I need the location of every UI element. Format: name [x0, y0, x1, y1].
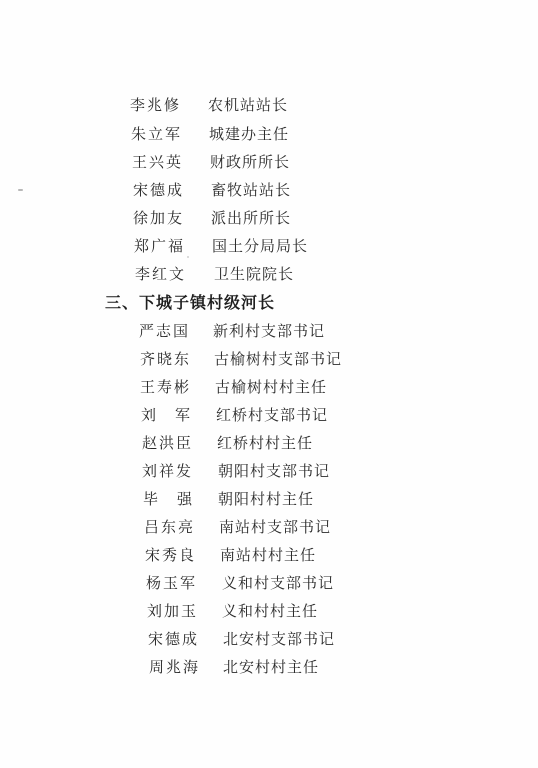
person-name: 赵洪臣 — [142, 432, 193, 454]
person-name: 李红文 — [135, 263, 186, 285]
scan-dot — [187, 256, 189, 258]
person-role: 古榆树村村主任 — [215, 376, 327, 398]
person-role: 财政所所长 — [210, 151, 290, 173]
person-role: 北安村村主任 — [223, 656, 319, 678]
person-name: 李兆修 — [130, 94, 181, 116]
person-role: 国土分局局长 — [212, 235, 308, 257]
person-name: 刘 军 — [141, 404, 192, 426]
person-name: 徐加友 — [133, 207, 184, 229]
person-role: 古榆树村支部书记 — [214, 348, 342, 370]
person-name: 刘祥发 — [142, 460, 193, 482]
person-name: 周兆海 — [149, 656, 200, 678]
scan-speck — [18, 189, 23, 191]
document-page: 李兆修 农机站站长 朱立军 城建办主任 王兴英 财政所所长 宋德成 畜牧站站长 … — [0, 0, 538, 768]
person-role: 南站村村主任 — [220, 544, 316, 566]
person-role: 朝阳村村主任 — [218, 488, 314, 510]
person-role: 新利村支部书记 — [213, 320, 325, 342]
person-name: 王寿彬 — [140, 376, 191, 398]
person-role: 朝阳村支部书记 — [218, 460, 330, 482]
person-role: 义和村村主任 — [222, 600, 318, 622]
person-name: 刘加玉 — [147, 600, 198, 622]
person-name: 郑广福 — [134, 235, 185, 257]
person-role: 红桥村村主任 — [217, 432, 313, 454]
person-role: 红桥村支部书记 — [216, 404, 328, 426]
person-name: 齐晓东 — [140, 348, 191, 370]
person-role: 义和村支部书记 — [222, 572, 334, 594]
person-role: 农机站站长 — [208, 94, 288, 116]
person-name: 朱立军 — [131, 123, 182, 145]
person-role: 南站村支部书记 — [219, 516, 331, 538]
person-name: 宋德成 — [133, 179, 184, 201]
person-role: 卫生院院长 — [214, 263, 294, 285]
person-name: 毕 强 — [143, 488, 194, 510]
person-name: 宋秀良 — [145, 544, 196, 566]
person-name: 宋德成 — [148, 628, 199, 650]
person-role: 派出所所长 — [211, 207, 291, 229]
section-heading: 三、下城子镇村级河长 — [105, 292, 275, 314]
person-name: 严志国 — [139, 320, 190, 342]
person-name: 吕东亮 — [144, 516, 195, 538]
person-role: 城建办主任 — [209, 123, 289, 145]
person-role: 北安村支部书记 — [223, 628, 335, 650]
person-name: 王兴英 — [132, 151, 183, 173]
person-role: 畜牧站站长 — [211, 179, 291, 201]
person-name: 杨玉军 — [146, 572, 197, 594]
